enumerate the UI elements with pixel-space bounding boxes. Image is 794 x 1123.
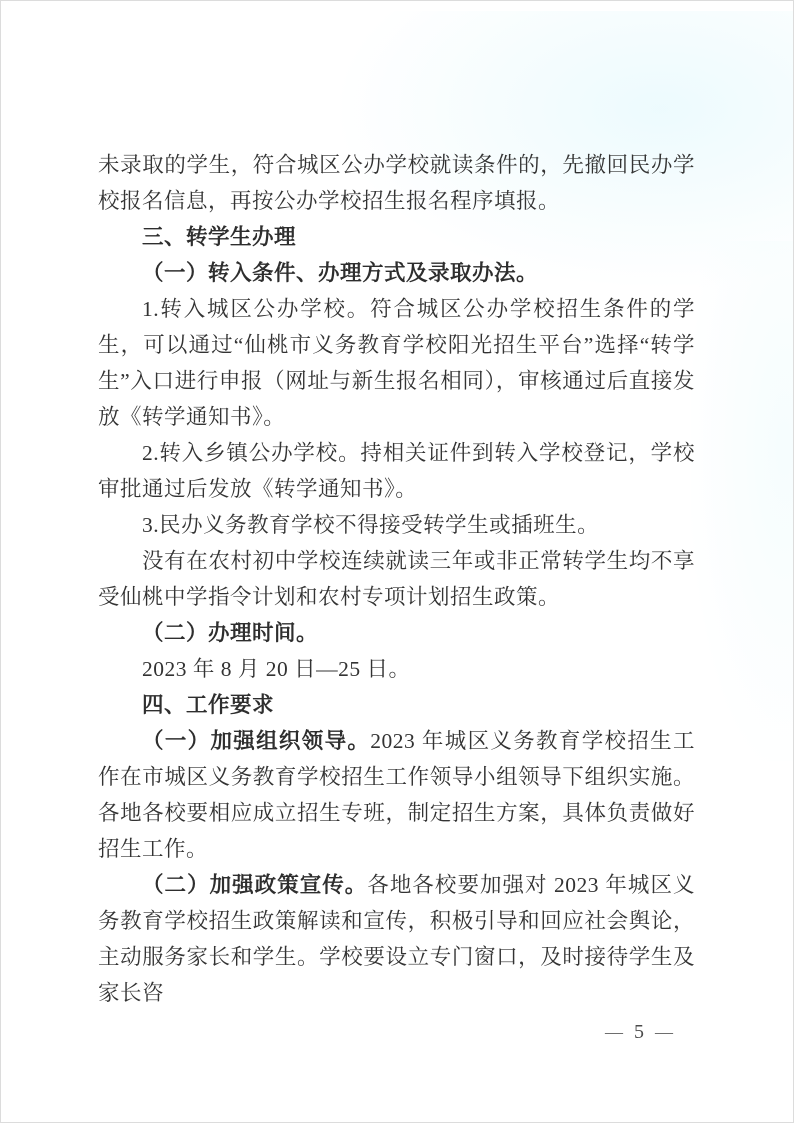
page-footer: — 5 — bbox=[605, 1021, 673, 1044]
heading-run: （二）办理时间。 bbox=[142, 621, 318, 645]
document-page: 未录取的学生，符合城区公办学校就读条件的，先撤回民办学校报名信息，再按公办学校招… bbox=[0, 0, 794, 1123]
heading-run: 四、工作要求 bbox=[142, 693, 274, 717]
text-run: 1.转入城区公办学校。符合城区公办学校招生条件的学生，可以通过“仙桃市义务教育学… bbox=[98, 297, 695, 429]
para-transfer-urban-public-school: 1.转入城区公办学校。符合城区公办学校招生条件的学生，可以通过“仙桃市义务教育学… bbox=[98, 291, 695, 435]
heading-run: 三、转学生办理 bbox=[142, 225, 296, 249]
text-run: 没有在农村初中学校连续就读三年或非正常转学生均不享受仙桃中学指令计划和农村专项计… bbox=[98, 549, 695, 609]
para-private-school-no-transfer: 3.民办义务教育学校不得接受转学生或插班生。 bbox=[98, 507, 695, 543]
text-run: 3.民办义务教育学校不得接受转学生或插班生。 bbox=[142, 513, 599, 537]
text-run: 未录取的学生，符合城区公办学校就读条件的，先撤回民办学校报名信息，再按公办学校招… bbox=[98, 153, 695, 213]
heading-section-4: 四、工作要求 bbox=[98, 687, 695, 723]
page-number: 5 bbox=[634, 1021, 644, 1044]
para-continued-from-previous-page: 未录取的学生，符合城区公办学校就读条件的，先撤回民办学校报名信息，再按公办学校招… bbox=[98, 147, 695, 219]
document-body: 未录取的学生，符合城区公办学校就读条件的，先撤回民办学校报名信息，再按公办学校招… bbox=[98, 147, 695, 1011]
footer-dash-right: — bbox=[655, 1022, 673, 1043]
heading-section-3: 三、转学生办理 bbox=[98, 219, 695, 255]
para-4-1-strengthen-organization: （一）加强组织领导。2023 年城区义务教育学校招生工作在市城区义务教育学校招生… bbox=[98, 723, 695, 867]
heading-3-2: （二）办理时间。 bbox=[98, 615, 695, 651]
text-run: 2023 年 8 月 20 日—25 日。 bbox=[142, 657, 411, 681]
footer-dash-left: — bbox=[605, 1022, 623, 1043]
para-4-2-strengthen-publicity: （二）加强政策宣传。各地各校要加强对 2023 年城区义务教育学校招生政策解读和… bbox=[98, 867, 695, 1011]
heading-run: （二）加强政策宣传。 bbox=[142, 873, 367, 897]
para-rural-three-year-policy: 没有在农村初中学校连续就读三年或非正常转学生均不享受仙桃中学指令计划和农村专项计… bbox=[98, 543, 695, 615]
para-transfer-township-public-school: 2.转入乡镇公办学校。持相关证件到转入学校登记，学校审批通过后发放《转学通知书》… bbox=[98, 435, 695, 507]
scan-artifact-right-edge bbox=[691, 241, 794, 761]
heading-run: （一）加强组织领导。 bbox=[142, 729, 370, 753]
para-processing-dates: 2023 年 8 月 20 日—25 日。 bbox=[98, 651, 695, 687]
heading-3-1: （一）转入条件、办理方式及录取办法。 bbox=[98, 255, 695, 291]
text-run: 2.转入乡镇公办学校。持相关证件到转入学校登记，学校审批通过后发放《转学通知书》… bbox=[98, 441, 695, 501]
heading-run: （一）转入条件、办理方式及录取办法。 bbox=[142, 261, 538, 285]
